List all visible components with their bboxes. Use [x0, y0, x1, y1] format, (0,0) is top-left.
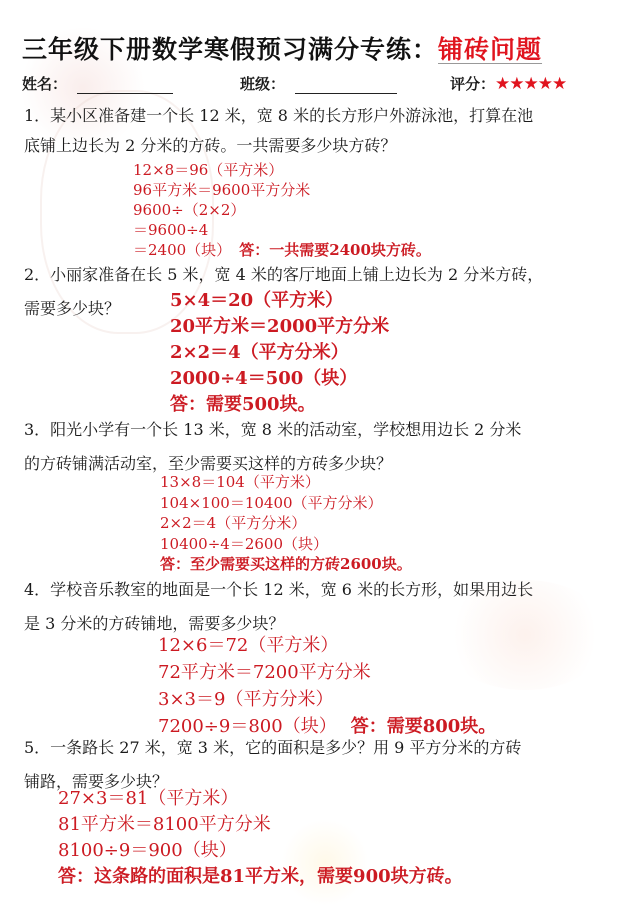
star-rating-icon: ★★★★★ — [495, 74, 566, 94]
solution-4: 12×6＝72（平方米） 72平方米＝7200平方分米 3×3＝9（平方分米） … — [158, 632, 496, 740]
solution-step: 5×4＝20（平方米） — [170, 288, 389, 314]
solution-1: 12×8＝96（平方米） 96平方米＝9600平方分米 9600÷（2×2） ＝… — [133, 160, 431, 260]
question-4: 4．学校音乐教室的地面是一个长 12 米，宽 6 米的长方形，如果用边长 是 3… — [24, 575, 620, 639]
student-info-row: 姓名： 班级： 评分：★★★★★ — [22, 73, 620, 95]
solution-2: 5×4＝20（平方米） 20平方米＝2000平方分米 2×2＝4（平方分米） 2… — [170, 288, 389, 418]
solution-step: 3×3＝9（平方分米） — [158, 686, 496, 713]
question-text-line: 1．某小区准备建一个长 12 米，宽 8 米的长方形户外游泳池，打算在池 — [24, 101, 620, 131]
solution-step: 81平方米＝8100平方分米 — [58, 812, 463, 838]
solution-step: 2×2＝4（平方分米） — [160, 513, 412, 534]
title-highlight: 铺砖问题 — [438, 35, 542, 64]
score-label: 评分： — [450, 75, 495, 93]
name-blank-line[interactable] — [77, 79, 173, 94]
question-1: 1．某小区准备建一个长 12 米，宽 8 米的长方形户外游泳池，打算在池 底铺上… — [24, 101, 620, 161]
solution-step: ＝9600÷4 — [133, 220, 431, 240]
solution-step: ＝2400（块） — [133, 241, 231, 259]
solution-5: 27×3＝81（平方米） 81平方米＝8100平方分米 8100÷9＝900（块… — [58, 786, 463, 890]
solution-step: 2×2＝4（平方分米） — [170, 340, 389, 366]
solution-3: 13×8＝104（平方米） 104×100＝10400（平方分米） 2×2＝4（… — [160, 472, 412, 575]
solution-step: 27×3＝81（平方米） — [58, 786, 463, 812]
solution-step: 13×8＝104（平方米） — [160, 472, 412, 493]
question-text-line: 4．学校音乐教室的地面是一个长 12 米，宽 6 米的长方形，如果用边长 — [24, 575, 620, 605]
class-label: 班级： — [240, 75, 285, 93]
question-text-line: 5．一条路长 27 米，宽 3 米，它的面积是多少？用 9 平方分米的方砖 — [24, 733, 620, 763]
solution-step: 10400÷4＝2600（块） — [160, 534, 412, 555]
score-field-group: 评分：★★★★★ — [450, 73, 566, 94]
solution-step: 72平方米＝7200平方分米 — [158, 659, 496, 686]
solution-step: 20平方米＝2000平方分米 — [170, 314, 389, 340]
solution-step: 9600÷（2×2） — [133, 200, 431, 220]
class-blank-line[interactable] — [295, 79, 397, 94]
class-field-group: 班级： — [240, 73, 397, 94]
answer-text: 答：至少需要买这样的方砖2600块。 — [160, 554, 412, 575]
solution-step: 104×100＝10400（平方分米） — [160, 493, 412, 514]
name-field-group: 姓名： — [22, 73, 173, 94]
solution-step: 96平方米＝9600平方分米 — [133, 180, 431, 200]
solution-step: 12×8＝96（平方米） — [133, 160, 431, 180]
question-3: 3．阳光小学有一个长 13 米，宽 8 米的活动室，学校想用边长 2 分米 的方… — [24, 415, 620, 479]
solution-step: 8100÷9＝900（块） — [58, 838, 463, 864]
question-text-line: 2．小丽家准备在长 5 米，宽 4 米的客厅地面上铺上边长为 2 分米方砖， — [24, 260, 620, 290]
question-text-line: 底铺上边长为 2 分米的方砖。一共需要多少块方砖？ — [24, 131, 620, 161]
page-title: 三年级下册数学寒假预习满分专练：铺砖问题 — [22, 30, 542, 66]
name-label: 姓名： — [22, 75, 67, 93]
question-text-line: 3．阳光小学有一个长 13 米，宽 8 米的活动室，学校想用边长 2 分米 — [24, 415, 620, 445]
solution-step: 12×6＝72（平方米） — [158, 632, 496, 659]
solution-step: 2000÷4＝500（块） — [170, 366, 389, 392]
answer-text: 答：一共需要2400块方砖。 — [239, 241, 431, 259]
title-main: 三年级下册数学寒假预习满分专练： — [22, 35, 438, 64]
answer-text: 答：这条路的面积是81平方米，需要900块方砖。 — [58, 864, 463, 890]
